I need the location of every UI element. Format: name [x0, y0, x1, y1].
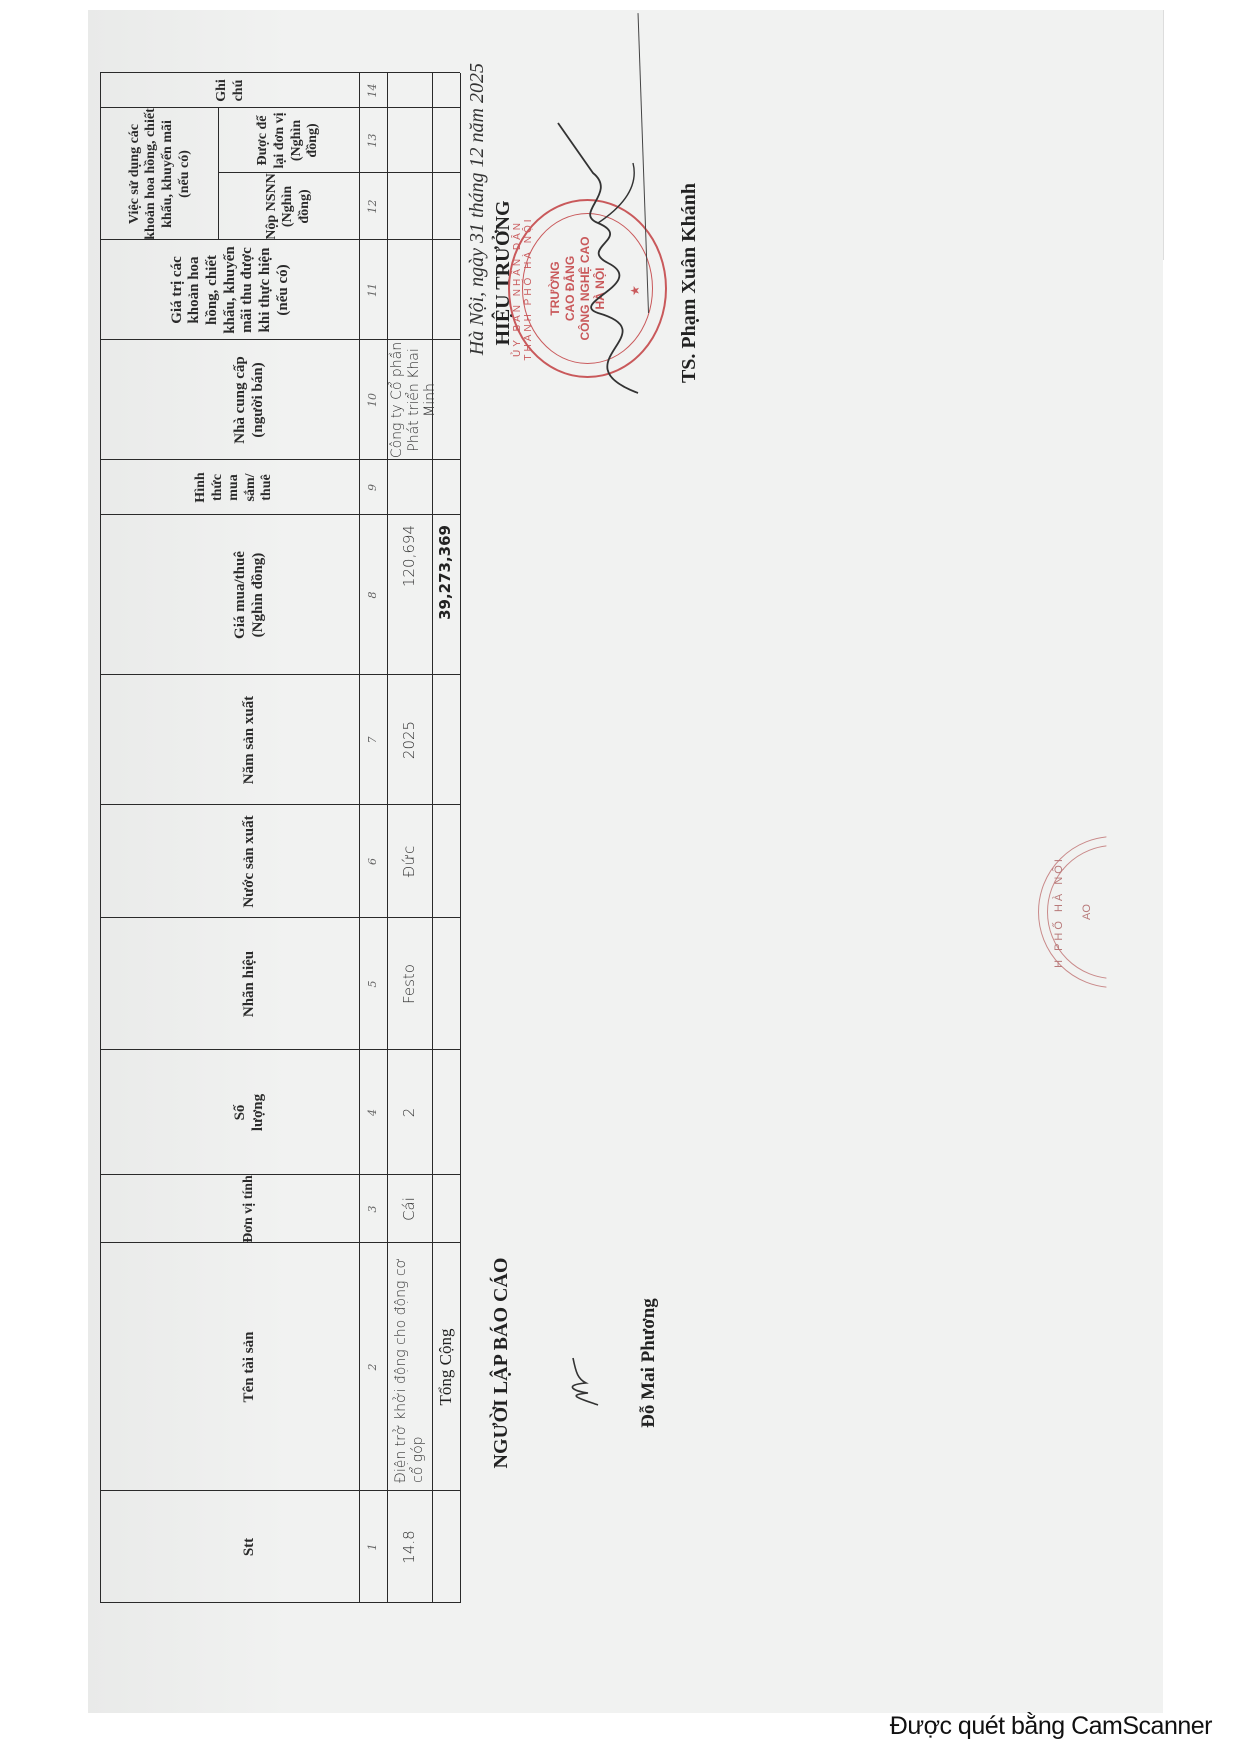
cell-nuoc-san-xuat: Đức — [387, 805, 432, 918]
cell-so-luong: 2 — [387, 1050, 432, 1175]
column-index: 13 — [359, 108, 387, 173]
column-index: 1 — [359, 1491, 387, 1603]
rotated-page-content: Stt Tên tài sản Đơn vị tính Số lượng Nhã… — [88, 10, 1163, 1713]
header-duoc-de-lai: Được để lại đơn vị (Nghìn đồng) — [218, 108, 359, 173]
column-index: 5 — [359, 918, 387, 1050]
cell-stt: 14.8 — [387, 1491, 432, 1603]
page-edge — [1163, 10, 1164, 260]
camscanner-watermark: Được quét bằng CamScanner — [890, 1712, 1212, 1741]
stamp-outer-text: ỦY BAN NHÂN DÂN THÀNH PHỐ HÀ NỘI — [512, 201, 534, 376]
header-so-luong: Số lượng — [140, 1050, 359, 1175]
column-index: 14 — [359, 73, 387, 108]
column-index: 10 — [359, 340, 387, 460]
cell-nha-cung-cap: Công ty Cổ phần Phát triển Khai Minh — [387, 340, 457, 460]
header-viec-su-dung: Việc sử dụng các khoản hoa hồng, chiết k… — [102, 108, 218, 240]
date-line: Hà Nội, ngày 31 tháng 12 năm 2025 — [466, 63, 489, 563]
column-index: 7 — [359, 675, 387, 805]
column-index: 4 — [359, 1050, 387, 1175]
column-index: 12 — [359, 173, 387, 240]
scanned-page: Stt Tên tài sản Đơn vị tính Số lượng Nhã… — [88, 10, 1163, 1713]
cell-nam-san-xuat: 2025 — [387, 675, 432, 805]
column-index: 3 — [359, 1175, 387, 1243]
left-signer-name: Đỗ Mai Phương — [638, 1233, 660, 1493]
header-ten-tai-san: Tên tài sản — [140, 1243, 359, 1491]
column-index: 6 — [359, 805, 387, 918]
left-signer-title: NGƯỜI LẬP BÁO CÁO — [490, 1233, 513, 1493]
asset-table: Stt Tên tài sản Đơn vị tính Số lượng Nhã… — [100, 73, 460, 1603]
header-nam-san-xuat: Năm sản xuất — [140, 675, 359, 805]
total-label: Tổng Cộng — [432, 1243, 460, 1491]
header-nuoc-san-xuat: Nước sản xuất — [140, 805, 359, 918]
partial-stamp-inner: AO — [1081, 837, 1093, 987]
right-signature — [538, 103, 678, 423]
column-index: 9 — [359, 460, 387, 515]
header-don-vi-tinh: Đơn vị tính — [140, 1175, 359, 1243]
header-gia-tri-khuyen-mai: Giá trị các khoản hoa hồng, chiết khấu, … — [102, 240, 359, 340]
cell-don-vi-tinh: Cái — [387, 1175, 432, 1243]
partial-stamp-text: H PHỐ HÀ NỘI — [1053, 837, 1065, 987]
column-index: 2 — [359, 1243, 387, 1491]
total-gia-mua-thue: 39,273,369 — [432, 515, 460, 675]
right-signer-name: TS. Phạm Xuân Khánh — [678, 153, 701, 413]
cell-nhan-hieu: Festo — [387, 918, 432, 1050]
header-nhan-hieu: Nhãn hiệu — [140, 918, 359, 1050]
header-nha-cung-cap: Nhà cung cấp (người bán) — [140, 340, 359, 460]
column-index: 8 — [359, 515, 387, 675]
header-stt: Stt — [140, 1491, 359, 1603]
header-nop-nsnn: Nộp NSNN (Nghìn đồng) — [218, 173, 359, 240]
partial-stamp: H PHỐ HÀ NỘI AO — [1038, 836, 1163, 988]
left-signature — [558, 1353, 608, 1413]
header-gia-mua-thue: Giá mua/thuê (Nghìn đồng) — [140, 515, 359, 675]
cell-gia-mua-thue: 120,694 — [387, 515, 432, 675]
header-ghi-chu: Ghi chú — [102, 73, 359, 108]
cell-ten-tai-san: Điện trở khởi động cho động cơ cổ góp — [387, 1243, 432, 1491]
header-hinh-thuc: Hình thức mua sắm/ thuê — [110, 460, 359, 515]
column-index: 11 — [359, 240, 387, 340]
cell-hinh-thuc — [387, 460, 432, 515]
